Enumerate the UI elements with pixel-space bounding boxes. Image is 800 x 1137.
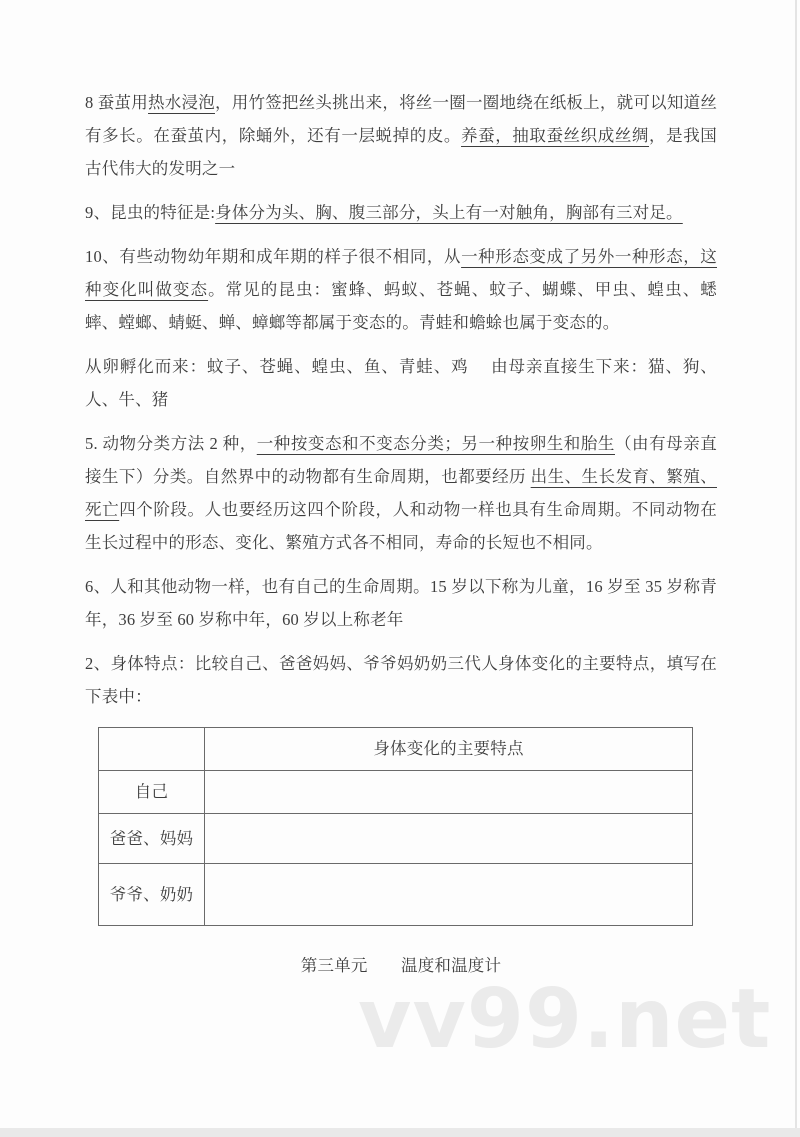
text-run: 10、有些动物幼年期和成年期的样子很不相同，从: [85, 247, 461, 266]
text-run: 2、身体特点：比较自己、爸爸妈妈、爷爷妈奶奶三代人身体变化的主要特点，填写在下表…: [85, 654, 717, 706]
underlined-text: 一种按变态和不变态分类；另一种按卵生和胎生: [257, 434, 615, 453]
table-row: 爸爸、妈妈: [99, 814, 693, 864]
body-change-table: 身体变化的主要特点 自己 爸爸、妈妈 爷爷、奶奶: [98, 727, 693, 926]
text-run: 9、昆虫的特征是:: [85, 203, 215, 222]
paragraph-2-body-traits: 2、身体特点：比较自己、爸爸妈妈、爷爷妈奶奶三代人身体变化的主要特点，填写在下表…: [85, 647, 717, 713]
table-row-label: 爸爸、妈妈: [99, 814, 205, 864]
underlined-text: 热水浸泡: [148, 93, 215, 112]
table-row: 爷爷、奶奶: [99, 864, 693, 926]
page-right-edge: [795, 0, 797, 1137]
table-row-label: 自己: [99, 771, 205, 814]
paragraph-5-animal-classification: 5. 动物分类方法 2 种，一种按变态和不变态分类；另一种按卵生和胎生（由有母亲…: [85, 427, 717, 559]
paragraph-6-human-life-cycle: 6、人和其他动物一样，也有自己的生命周期。15 岁以下称为儿童，16 岁至 35…: [85, 570, 717, 636]
table-row-value-cell: [205, 814, 693, 864]
page-bottom-edge: [0, 1128, 800, 1137]
paragraph-hatch-vs-live-birth: 从卵孵化而来：蚊子、苍蝇、蝗虫、鱼、青蛙、鸡 由母亲直接生下来：猫、狗、人、牛、…: [85, 350, 717, 416]
table-header-row: 身体变化的主要特点: [99, 728, 693, 771]
table-row: 自己: [99, 771, 693, 814]
paragraph-10-metamorphosis: 10、有些动物幼年期和成年期的样子很不相同，从一种形态变成了另外一种形态，这种变…: [85, 240, 717, 339]
paragraph-8-silkworm: 8 蚕茧用热水浸泡，用竹签把丝头挑出来，将丝一圈一圈地绕在纸板上，就可以知道丝有…: [85, 86, 717, 185]
table-row-value-cell: [205, 864, 693, 926]
watermark: vv99.net: [358, 972, 771, 1067]
paragraph-9-insect-traits: 9、昆虫的特征是:身体分为头、胸、腹三部分，头上有一对触角，胸部有三对足。: [85, 196, 717, 229]
table-header-cell: 身体变化的主要特点: [205, 728, 693, 771]
text-run: 8 蚕茧用: [85, 93, 148, 112]
document-content: 8 蚕茧用热水浸泡，用竹签把丝头挑出来，将丝一圈一圈地绕在纸板上，就可以知道丝有…: [85, 86, 717, 982]
underlined-text: 身体分为头、胸、腹三部分，头上有一对触角，胸部有三对足。: [215, 203, 683, 222]
text-run: 四个阶段。人也要经历这四个阶段，人和动物一样也具有生命周期。不同动物在生长过程中…: [85, 500, 717, 552]
table-row-value-cell: [205, 771, 693, 814]
text-run: 6、人和其他动物一样，也有自己的生命周期。15 岁以下称为儿童，16 岁至 35…: [85, 577, 717, 629]
text-run: 5. 动物分类方法 2 种，: [85, 434, 257, 453]
underlined-text: 养蚕，抽取蚕丝织成丝绸: [461, 126, 649, 145]
table-corner-cell: [99, 728, 205, 771]
text-run: 从卵孵化而来：蚊子、苍蝇、蝗虫、鱼、青蛙、鸡 由母亲直接生下来：猫、狗、人、牛、…: [85, 357, 717, 409]
table-row-label: 爷爷、奶奶: [99, 864, 205, 926]
